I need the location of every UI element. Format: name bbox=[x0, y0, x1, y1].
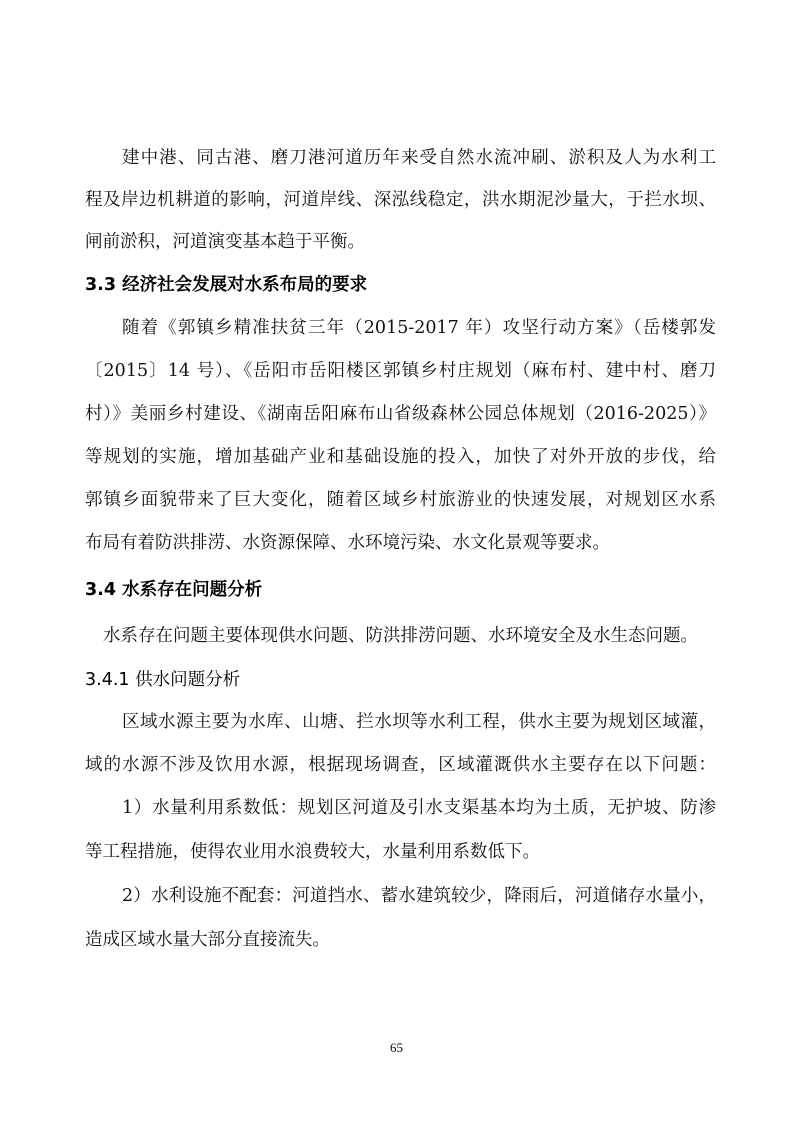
document-page: 建中港、同古港、磨刀港河道历年来受自然水流冲刷、淤积及人为水利工 程及岸边机耕道… bbox=[0, 0, 793, 1122]
paragraph-line: 郭镇乡面貌带来了巨大变化，随着区域乡村旅游业的快速发展，对规划区水系 bbox=[85, 488, 716, 512]
paragraph-line: 区域水源主要为水库、山塘、拦水坝等水利工程，供水主要为规划区域灌， bbox=[122, 710, 716, 734]
paragraph-line: 随着《郭镇乡精准扶贫三年（2015-2017 年）攻坚行动方案》（岳楼郭发 bbox=[122, 316, 716, 340]
paragraph-line: 等规划的实施，增加基础产业和基础设施的投入，加快了对外开放的步伐，给 bbox=[85, 445, 716, 469]
section-heading-3-3: 3.3 经济社会发展对水系布局的要求 bbox=[85, 273, 367, 297]
paragraph-line: 域的水源不涉及饮用水源，根据现场调查，区域灌溉供水主要存在以下问题： bbox=[85, 753, 716, 777]
paragraph-line: 水系存在问题主要体现供水问题、防洪排涝问题、水环境安全及水生态问题。 bbox=[103, 624, 716, 648]
list-item-line: 等工程措施，使得农业用水浪费较大，水量利用系数低下。 bbox=[85, 840, 716, 864]
list-item-line: 1）水量利用系数低：规划区河道及引水支渠基本均为土质，无护坡、防渗 bbox=[122, 796, 716, 820]
page-number: 65 bbox=[0, 1040, 793, 1056]
paragraph-line: 〔2015〕14 号）、《岳阳市岳阳楼区郭镇乡村庄规划（麻布村、建中村、磨刀 bbox=[85, 359, 716, 383]
list-item-line: 造成区域水量大部分直接流失。 bbox=[85, 928, 716, 952]
paragraph-line: 村）》美丽乡村建设、《湖南岳阳麻布山省级森林公园总体规划（2016-2025）》 bbox=[85, 402, 716, 426]
section-heading-3-4: 3.4 水系存在问题分析 bbox=[85, 578, 262, 602]
paragraph-line: 闸前淤积，河道演变基本趋于平衡。 bbox=[85, 230, 716, 254]
paragraph-line: 布局有着防洪排涝、水资源保障、水环境污染、水文化景观等要求。 bbox=[85, 531, 716, 555]
paragraph-line: 程及岸边机耕道的影响，河道岸线、深泓线稳定，洪水期泥沙量大，于拦水坝、 bbox=[85, 188, 716, 212]
list-item-line: 2）水利设施不配套：河道挡水、蓄水建筑较少，降雨后，河道储存水量小， bbox=[122, 884, 716, 908]
section-heading-3-4-1: 3.4.1 供水问题分析 bbox=[85, 668, 240, 692]
paragraph-line: 建中港、同古港、磨刀港河道历年来受自然水流冲刷、淤积及人为水利工 bbox=[122, 146, 716, 170]
